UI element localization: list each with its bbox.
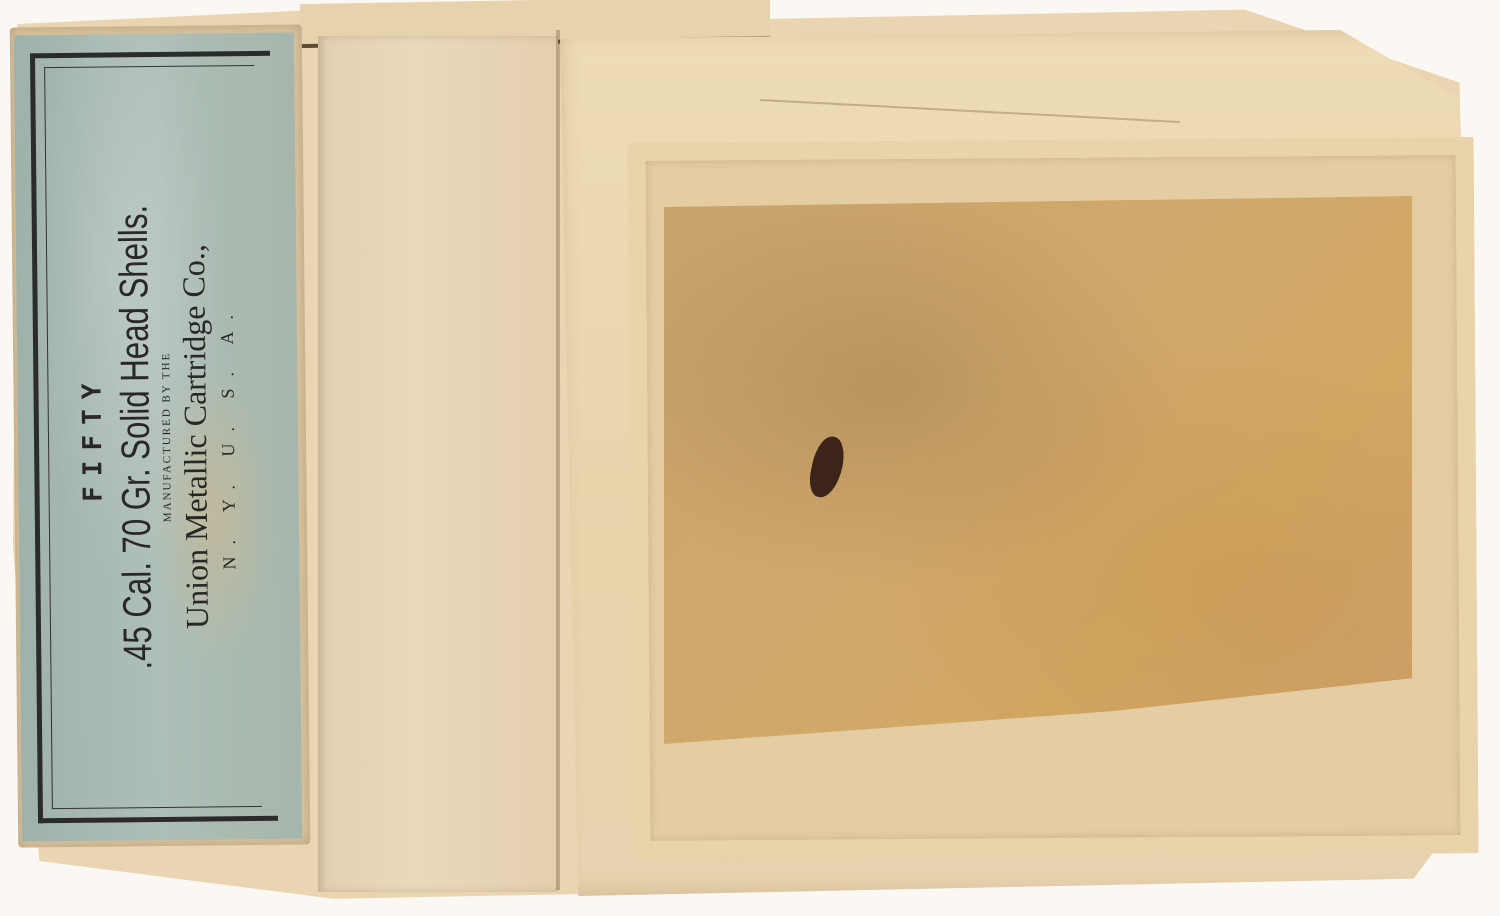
label-product: .45 Cal. 70 Gr. Solid Head Shells. <box>111 205 161 670</box>
label-location: N. Y. U. S. A. <box>216 303 240 570</box>
box-side-panel <box>318 36 558 892</box>
label-manufactured-by: MANUFACTURED BY THE <box>160 352 174 523</box>
box-label: FIFTY .45 Cal. 70 Gr. Solid Head Shells.… <box>14 33 302 842</box>
box-corner-edge <box>556 30 560 890</box>
front-inner-panel <box>664 196 1412 744</box>
label-count: FIFTY <box>77 373 108 502</box>
label-text-block: FIFTY .45 Cal. 70 Gr. Solid Head Shells.… <box>34 56 282 818</box>
label-maker: Union Metallic Cartridge Co., <box>174 244 215 629</box>
photo-scene: FIFTY .45 Cal. 70 Gr. Solid Head Shells.… <box>0 0 1500 916</box>
